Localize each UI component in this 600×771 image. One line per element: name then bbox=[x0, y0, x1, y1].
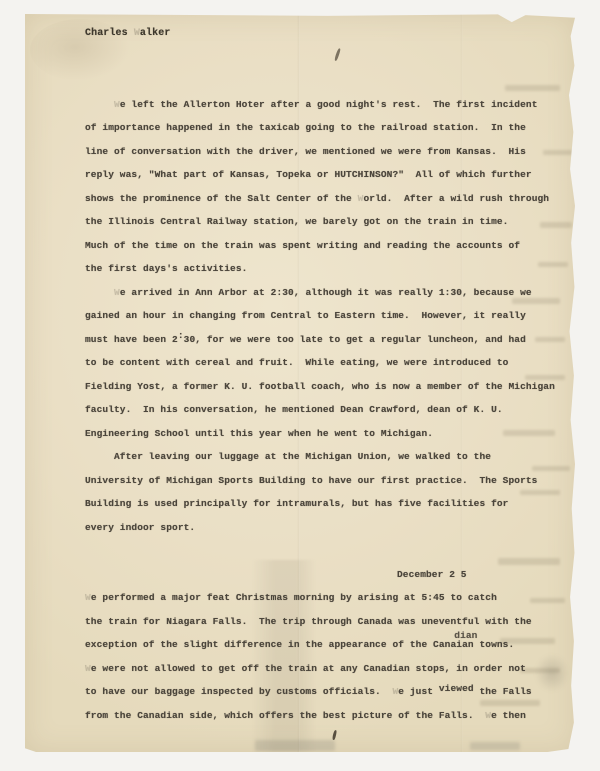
date-heading: December 2 5 bbox=[85, 563, 575, 587]
typed-line: shows the prominence of the Salt Center … bbox=[85, 187, 575, 211]
entry-december-25: We performed a major feat Christmas morn… bbox=[85, 586, 575, 727]
typed-line: gained an hour in changing from Central … bbox=[85, 304, 575, 328]
typed-line: exception of the slight difference in th… bbox=[85, 633, 575, 657]
typed-line: the train for Niagara Falls. The trip th… bbox=[85, 610, 575, 634]
typed-line: to have our baggage inspected by customs… bbox=[85, 680, 575, 704]
typed-line: Fielding Yost, a former K. U. football c… bbox=[85, 375, 575, 399]
typed-line: the first days's activities. bbox=[85, 257, 575, 281]
typed-line: to be content with cereal and fruit. Whi… bbox=[85, 351, 575, 375]
typed-text-layer: Charles Walker We left the Allerton Hote… bbox=[25, 14, 575, 752]
typed-line: After leaving our luggage at the Michiga… bbox=[85, 445, 575, 469]
typed-line: Engineering School until this year when … bbox=[85, 422, 575, 446]
typed-line: Much of the time on the train was spent … bbox=[85, 234, 575, 258]
typed-line: the Illinois Central Railway station, we… bbox=[85, 210, 575, 234]
typed-line: line of conversation with the driver, we… bbox=[85, 140, 575, 164]
typed-line: faculty. In his conversation, he mention… bbox=[85, 398, 575, 422]
entry-december-24: We left the Allerton Hoter after a good … bbox=[85, 93, 575, 540]
scan-background: Charles Walker We left the Allerton Hote… bbox=[0, 0, 600, 771]
author-name: Charles Walker bbox=[85, 22, 575, 46]
typed-line: must have been 2:30, for we were too lat… bbox=[85, 328, 575, 352]
typed-line: We were not allowed to get off the train… bbox=[85, 657, 575, 681]
typed-line: from the Canadian side, which offers the… bbox=[85, 704, 575, 728]
typed-line: We left the Allerton Hoter after a good … bbox=[85, 93, 575, 117]
document-page: Charles Walker We left the Allerton Hote… bbox=[25, 14, 575, 752]
typed-line: Building is used principally for intramu… bbox=[85, 492, 575, 516]
typed-line: We performed a major feat Christmas morn… bbox=[85, 586, 575, 610]
typed-line: We arrived in Ann Arbor at 2:30, althoug… bbox=[85, 281, 575, 305]
typed-line: every indoor sport. bbox=[85, 516, 575, 540]
typed-line: of importance happened in the taxicab go… bbox=[85, 116, 575, 140]
typed-line: reply was, "What part of Kansas, Topeka … bbox=[85, 163, 575, 187]
typed-line: University of Michigan Sports Building t… bbox=[85, 469, 575, 493]
